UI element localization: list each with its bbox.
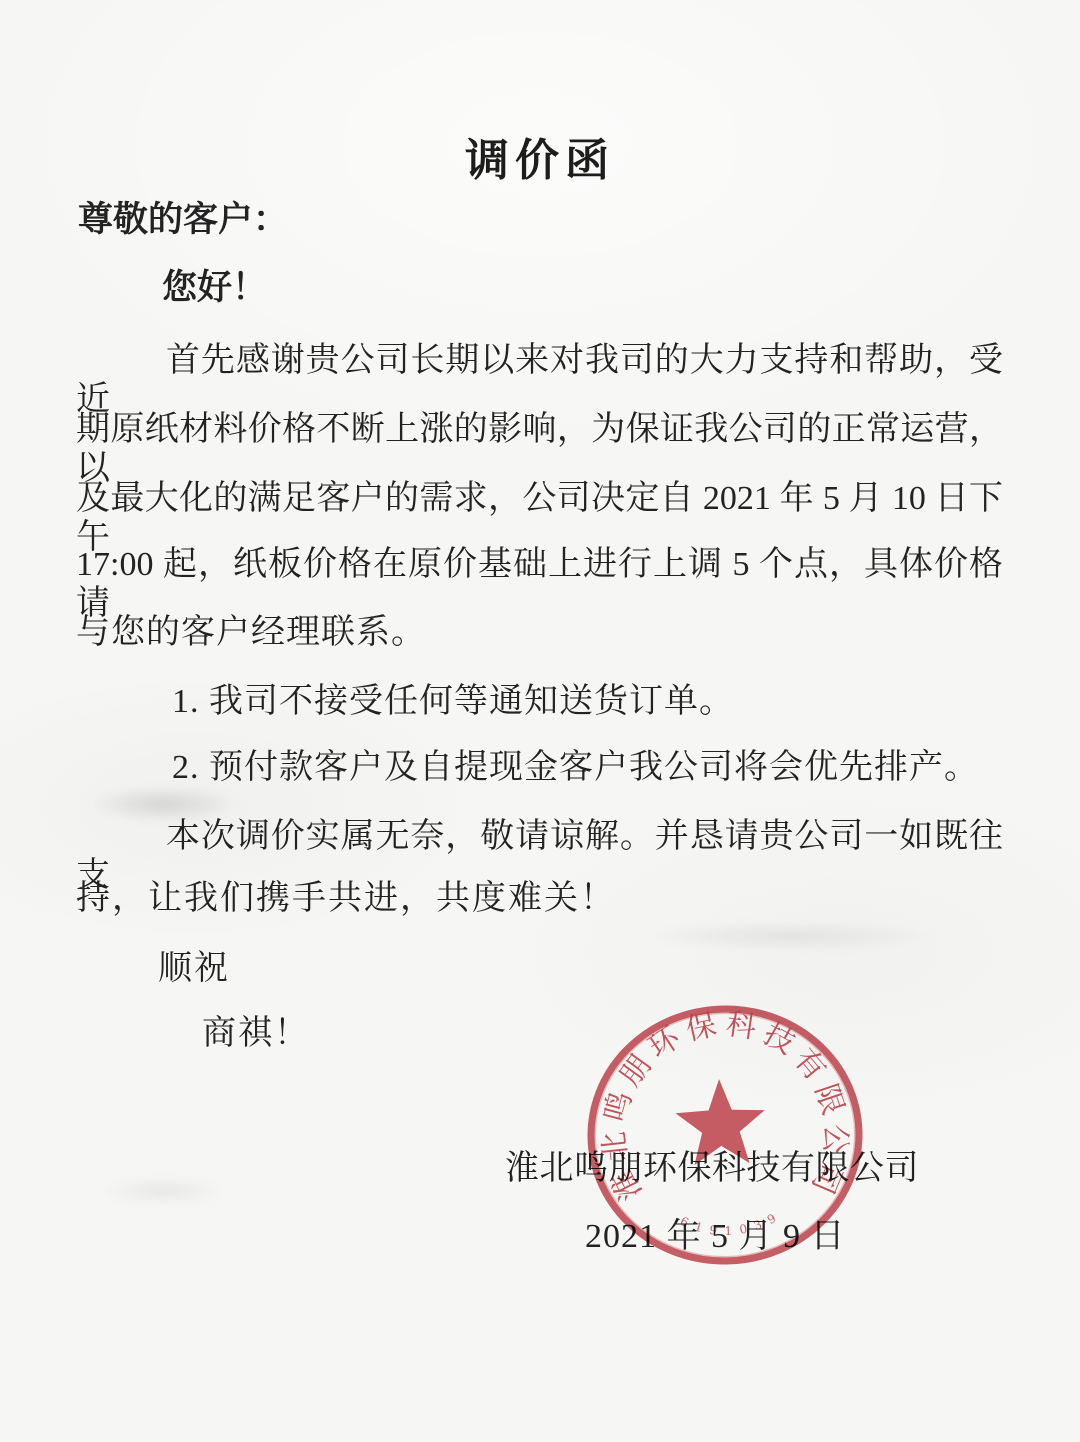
stamp-glyph: 1 [693,1219,704,1235]
greeting: 您好！ [162,268,267,308]
stamp-glyph: 科 [724,1008,759,1045]
body-line-5: 与您的客户经理联系。 [76,613,426,652]
stamp-glyph: 北 [598,1130,634,1163]
stamp-glyph: 1 [724,1224,732,1238]
stamp-glyph: 9 [765,1211,778,1227]
scanned-letter-page: 调价函 尊敬的客户： 您好！ 首先感谢贵公司长期以来对我司的大力支持和帮助，受近… [0,0,1080,1442]
letter-title: 调价函 [0,124,1080,188]
stamp-glyph: 公 [818,1123,852,1154]
body-line-2: 期原纸材料价格不断上涨的影响，为保证我公司的正常运营，以 [76,410,1003,488]
stamp-glyph: 鸣 [599,1088,639,1125]
body-line-1: 首先感谢贵公司长期以来对我司的大力支持和帮助，受近 [76,341,1003,419]
scan-smudge [98,1176,228,1206]
stamp-glyph: 0 [738,1222,748,1237]
stamp-glyph: 3 [752,1217,764,1233]
closing-shunzhu: 顺祝 [158,949,230,988]
stamp-glyph: 9 [709,1223,718,1238]
stamp-serial-number: 6191039 [678,1211,779,1240]
scan-smudge [88,786,238,822]
stamp-glyph: 6 [678,1214,691,1230]
list-item-1: 1. 我司不接受任何等通知送货订单。 [172,682,734,721]
body-line-9: 持，让我们携手共进，共度难关！ [76,879,616,918]
stamp-star-icon [674,1078,766,1166]
salutation: 尊敬的客户： [78,200,288,240]
scan-smudge [640,922,940,950]
closing-shangqi: 商祺！ [202,1014,310,1053]
list-item-2: 2. 预付款客户及自提现金客户我公司将会优先排产。 [172,748,979,787]
company-seal-stamp: 淮北鸣朋环保科技有限公司 6191039 [570,980,880,1290]
body-line-4: 17:00 起，纸板价格在原价基础上进行上调 5 个点，具体价格请 [76,545,1003,623]
